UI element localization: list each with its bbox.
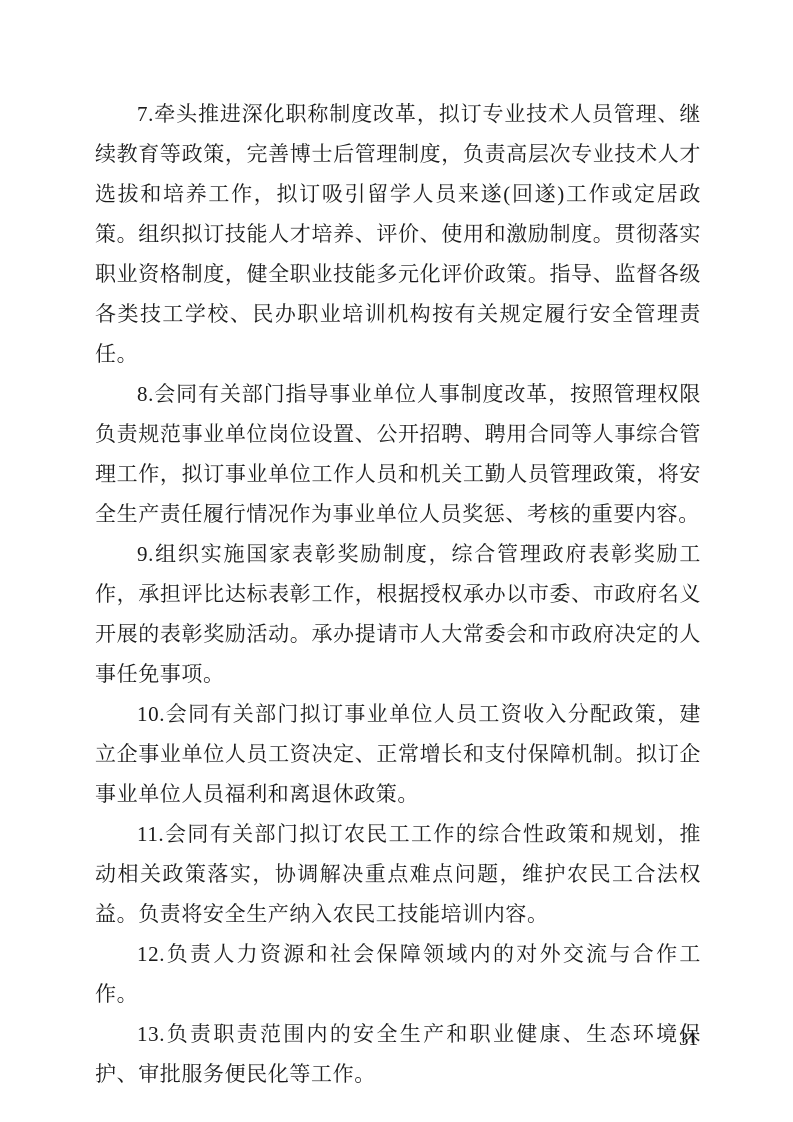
page-number: 31 — [679, 1026, 698, 1054]
paragraph-item-10: 10.会同有关部门拟订事业单位人员工资收入分配政策，建立企事业单位人员工资决定、… — [95, 694, 701, 814]
document-page: 7.牵头推进深化职称制度改革，拟订专业技术人员管理、继续教育等政策，完善博士后管… — [0, 0, 793, 1122]
paragraph-item-12: 12.负责人力资源和社会保障领域内的对外交流与合作工作。 — [95, 934, 701, 1014]
paragraph-item-13: 13.负责职责范围内的安全生产和职业健康、生态环境保护、审批服务便民化等工作。 — [95, 1014, 701, 1094]
paragraph-item-9: 9.组织实施国家表彰奖励制度，综合管理政府表彰奖励工作，承担评比达标表彰工作，根… — [95, 534, 701, 694]
paragraph-item-11: 11.会同有关部门拟订农民工工作的综合性政策和规划，推动相关政策落实，协调解决重… — [95, 814, 701, 934]
paragraph-item-7: 7.牵头推进深化职称制度改革，拟订专业技术人员管理、继续教育等政策，完善博士后管… — [95, 94, 701, 374]
text-body: 7.牵头推进深化职称制度改革，拟订专业技术人员管理、继续教育等政策，完善博士后管… — [95, 94, 701, 1094]
paragraph-item-8: 8.会同有关部门指导事业单位人事制度改革，按照管理权限负责规范事业单位岗位设置、… — [95, 374, 701, 534]
